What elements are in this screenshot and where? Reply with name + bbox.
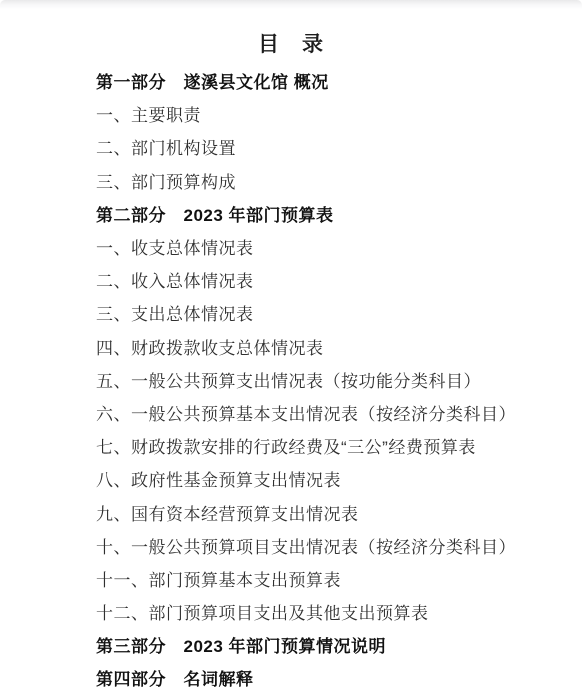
toc-entry: 十二、部门预算项目支出及其他支出预算表 bbox=[96, 595, 552, 628]
toc-entry: 八、政府性基金预算支出情况表 bbox=[96, 462, 552, 495]
toc-list: 第一部分 遂溪县文化馆 概况一、主要职责二、部门机构设置三、部门预算构成第二部分… bbox=[0, 64, 582, 695]
toc-entry: 第一部分 遂溪县文化馆 概况 bbox=[96, 64, 552, 97]
toc-entry: 十一、部门预算基本支出预算表 bbox=[96, 562, 552, 595]
toc-entry: 第二部分 2023 年部门预算表 bbox=[96, 197, 552, 230]
toc-entry: 七、财政拨款安排的行政经费及“三公”经费预算表 bbox=[96, 429, 552, 462]
toc-entry: 六、一般公共预算基本支出情况表（按经济分类科目） bbox=[96, 396, 552, 429]
toc-entry: 第四部分 名词解释 bbox=[96, 661, 552, 694]
toc-entry: 三、部门预算构成 bbox=[96, 164, 552, 197]
toc-entry: 一、主要职责 bbox=[96, 97, 552, 130]
toc-entry: 九、国有资本经营预算支出情况表 bbox=[96, 495, 552, 528]
toc-entry: 四、财政拨款收支总体情况表 bbox=[96, 330, 552, 363]
page-top-edge bbox=[0, 0, 582, 9]
toc-entry: 一、收支总体情况表 bbox=[96, 230, 552, 263]
document-page: 目 录 第一部分 遂溪县文化馆 概况一、主要职责二、部门机构设置三、部门预算构成… bbox=[0, 0, 582, 697]
toc-entry: 三、支出总体情况表 bbox=[96, 296, 552, 329]
toc-entry: 十、一般公共预算项目支出情况表（按经济分类科目） bbox=[96, 529, 552, 562]
toc-entry: 第三部分 2023 年部门预算情况说明 bbox=[96, 628, 552, 661]
toc-entry: 二、部门机构设置 bbox=[96, 130, 552, 163]
toc-entry: 二、收入总体情况表 bbox=[96, 263, 552, 296]
toc-entry: 五、一般公共预算支出情况表（按功能分类科目） bbox=[96, 363, 552, 396]
